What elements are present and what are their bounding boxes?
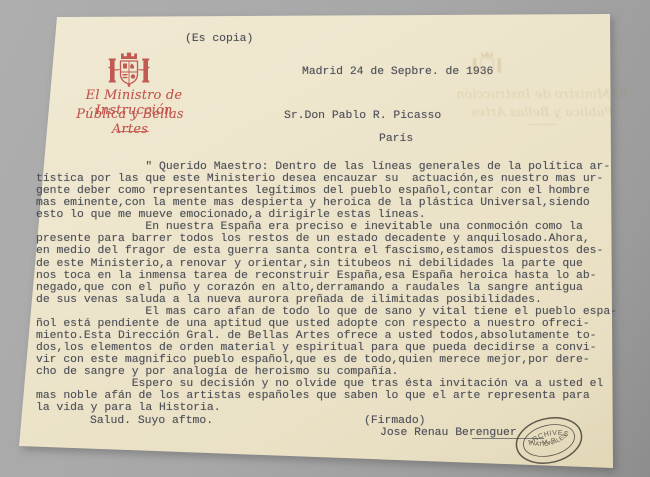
date-line: Madrid 24 de Sepbre. de 1936	[302, 66, 493, 78]
letter-body: " Querido Maestro: Dentro de las líneas …	[36, 161, 617, 414]
letter-body-line: El mas caro afan de todo lo que de sano …	[36, 306, 617, 318]
letter-body-line: gente deber como representantes legítimo…	[36, 185, 617, 197]
letter-body-line: miento.Esta Dirección Gral. de Bellas Ar…	[36, 330, 617, 342]
letterhead-title-line2: Pública y Bellas Artes	[64, 107, 196, 137]
letter-body-line: mas eminente,con la mente mas despierta …	[36, 197, 617, 209]
letter-body-line: ñol está pendiente de una aptitud que us…	[36, 318, 617, 330]
copy-note: (Es copia)	[185, 33, 253, 45]
letter-body-line: negado,que con el puño y corazón en alto…	[36, 282, 617, 294]
letterhead-flourish	[116, 131, 149, 132]
letter-body-line: dos,los elementos de orden material y es…	[36, 342, 617, 354]
photo-background: { "letter": { "copy_note": "(Es copia)",…	[0, 0, 650, 477]
letter-body-line: nos toca en la inmensa tarea de reconstr…	[36, 270, 617, 282]
letter-body-line: presente para barrer todos los restos de…	[36, 233, 617, 245]
letter-body-line: " Querido Maestro: Dentro de las líneas …	[36, 161, 617, 173]
coat-of-arms-icon	[106, 50, 152, 90]
letter-body-line: mas noble afán de los artistas españoles…	[36, 390, 617, 402]
letter-body-line: En nuestra España era preciso e inevitab…	[36, 221, 617, 233]
letter-body-line: la vida y para la Historia.	[36, 402, 617, 414]
letter-body-line: cho de sangre y por analogía de heroismo…	[36, 366, 617, 378]
closing-salutation: Salud. Suyo aftmo.	[90, 415, 213, 427]
letter-body-line: de sus venas saluda a la nueva aurora pr…	[36, 294, 617, 306]
recipient-name: Sr.Don Pablo R. Picasso	[284, 110, 441, 122]
letter-body-line: Espero su decisión y no olvide que tras …	[36, 378, 617, 390]
letter-body-line: en medio del fragor de esta guerra santa…	[36, 245, 617, 257]
letter-body-line: esto lo que me mueve emocionado,a dirigi…	[36, 209, 617, 221]
signed-label: (Firmado)	[364, 415, 426, 427]
letter-body-line: tística por las que este Ministerio dese…	[36, 173, 617, 185]
letter-body-line: de este Ministerio,a renovar y orientar,…	[36, 258, 617, 270]
letter-body-line: vir con este magnifico pueblo español,qu…	[36, 354, 617, 366]
recipient-city: París	[379, 133, 413, 145]
